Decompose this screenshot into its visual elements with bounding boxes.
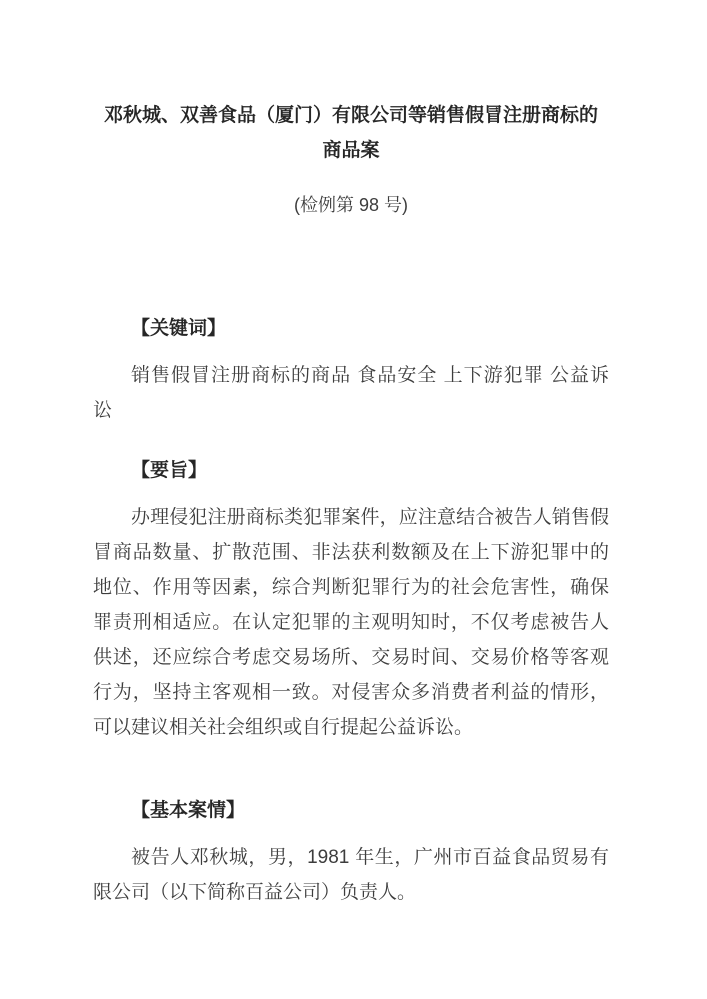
section-gist: 【要旨】 办理侵犯注册商标类犯罪案件，应注意结合被告人销售假 冒商品数量、扩散范… bbox=[93, 453, 609, 745]
gist-paragraph: 办理侵犯注册商标类犯罪案件，应注意结合被告人销售假 冒商品数量、扩散范围、非法获… bbox=[93, 500, 609, 745]
text-line: 可以建议相关社会组织或自行提起公益诉讼。 bbox=[93, 710, 609, 745]
document-title: 邓秋城、双善食品（厦门）有限公司等销售假冒注册商标的 商品案 bbox=[93, 98, 609, 168]
title-line-1: 邓秋城、双善食品（厦门）有限公司等销售假冒注册商标的 bbox=[93, 98, 609, 133]
text-line: 地位、作用等因素，综合判断犯罪行为的社会危害性，确保 bbox=[93, 570, 609, 605]
text-line: 讼 bbox=[93, 393, 609, 428]
title-line-2: 商品案 bbox=[93, 133, 609, 168]
basic-facts-heading: 【基本案情】 bbox=[93, 793, 609, 828]
keywords-paragraph: 销售假冒注册商标的商品 食品安全 上下游犯罪 公益诉 讼 bbox=[93, 358, 609, 428]
text-line: 办理侵犯注册商标类犯罪案件，应注意结合被告人销售假 bbox=[93, 500, 609, 535]
case-number: (检例第 98 号) bbox=[93, 188, 609, 223]
section-basic-facts: 【基本案情】 被告人邓秋城，男，1981 年生，广州市百益食品贸易有 限公司（以… bbox=[93, 793, 609, 910]
text-line: 供述，还应综合考虑交易场所、交易时间、交易价格等客观 bbox=[93, 640, 609, 675]
text-line: 限公司（以下简称百益公司）负责人。 bbox=[93, 875, 609, 910]
section-keywords: 【关键词】 销售假冒注册商标的商品 食品安全 上下游犯罪 公益诉 讼 bbox=[93, 311, 609, 428]
keywords-heading: 【关键词】 bbox=[93, 311, 609, 346]
gist-heading: 【要旨】 bbox=[93, 453, 609, 488]
text-line: 行为，坚持主客观相一致。对侵害众多消费者利益的情形， bbox=[93, 675, 609, 710]
text-line: 被告人邓秋城，男，1981 年生，广州市百益食品贸易有 bbox=[93, 840, 609, 875]
text-line: 冒商品数量、扩散范围、非法获利数额及在上下游犯罪中的 bbox=[93, 535, 609, 570]
document-page: 邓秋城、双善食品（厦门）有限公司等销售假冒注册商标的 商品案 (检例第 98 号… bbox=[0, 0, 707, 999]
text-line: 销售假冒注册商标的商品 食品安全 上下游犯罪 公益诉 bbox=[93, 358, 609, 393]
text-line: 罪责刑相适应。在认定犯罪的主观明知时，不仅考虑被告人 bbox=[93, 605, 609, 640]
basic-facts-paragraph: 被告人邓秋城，男，1981 年生，广州市百益食品贸易有 限公司（以下简称百益公司… bbox=[93, 840, 609, 910]
